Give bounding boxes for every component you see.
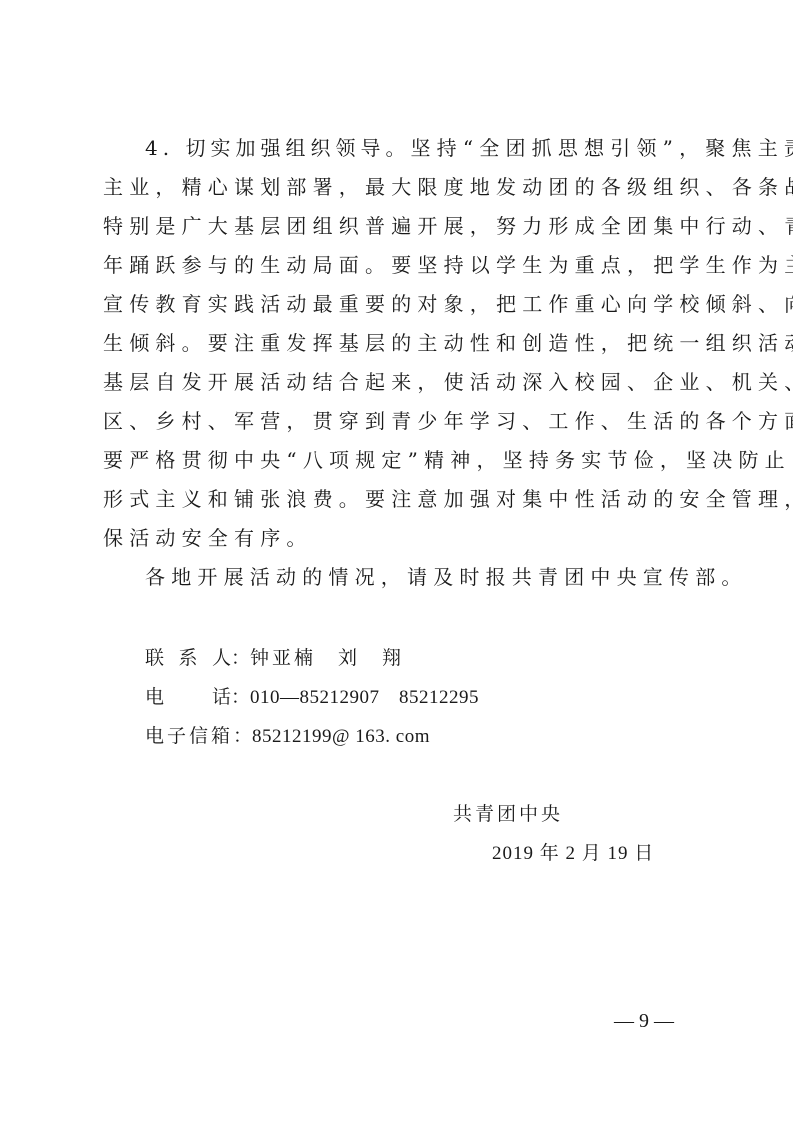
paragraph-line-7: 基层自发开展活动结合起来，使活动深入校园、企业、机关、社 [103,367,693,397]
paragraph-line-10: 形式主义和铺张浪费。要注意加强对集中性活动的安全管理，确 [103,484,693,514]
contact-phone-value: 010—85212907 85212295 [250,687,479,708]
paragraph-line-6: 生倾斜。要注重发挥基层的主动性和创造性，把统一组织活动与 [103,328,693,358]
contact-phone-label: 电话 [145,683,231,711]
contact-email-row: 电子信箱：85212199@ 163. com [145,722,430,751]
paragraph-line-4: 年踊跃参与的生动局面。要坚持以学生为重点，把学生作为主题 [103,250,693,280]
paragraph-line-5: 宣传教育实践活动最重要的对象，把工作重心向学校倾斜、向学 [103,289,693,319]
paragraph-line-2: 主业，精心谋划部署，最大限度地发动团的各级组织、各条战线 [103,172,693,202]
paragraph-line-8: 区、乡村、军营，贯穿到青少年学习、工作、生活的各个方面。 [103,406,693,436]
section-heading: 4. 切实加强组织领导。 [145,136,410,160]
signature-organization: 共青团中央 [453,800,563,828]
paragraph-text: 坚持“全团抓思想引领”，聚焦主责 [410,136,793,160]
contact-email-value: 85212199@ 163. com [252,726,430,747]
contact-person-value: 钟亚楠 刘 翔 [250,647,404,669]
paragraph-line-11: 保活动安全有序。 [103,523,693,553]
closing-sentence: 各地开展活动的情况，请及时报共青团中央宣传部。 [145,562,695,592]
contact-person-row: 联系人：钟亚楠 刘 翔 [145,644,404,672]
paragraph-line-9: 要严格贯彻中央“八项规定”精神，坚持务实节俭，坚决防止 [103,445,693,475]
paragraph-line-3: 特别是广大基层团组织普遍开展，努力形成全团集中行动、青少 [103,211,693,241]
page-number: — 9 — [614,1007,674,1035]
paragraph-line-1: 4. 切实加强组织领导。坚持“全团抓思想引领”，聚焦主责 [145,133,695,163]
contact-phone-row: 电话：010—85212907 85212295 [145,683,479,712]
document-page: 4. 切实加强组织领导。坚持“全团抓思想引领”，聚焦主责 主业，精心谋划部署，最… [0,0,793,1122]
contact-email-label: 电子信箱 [145,725,233,747]
contact-person-label: 联系人 [145,644,231,672]
signature-date: 2019 年 2 月 19 日 [492,840,654,868]
